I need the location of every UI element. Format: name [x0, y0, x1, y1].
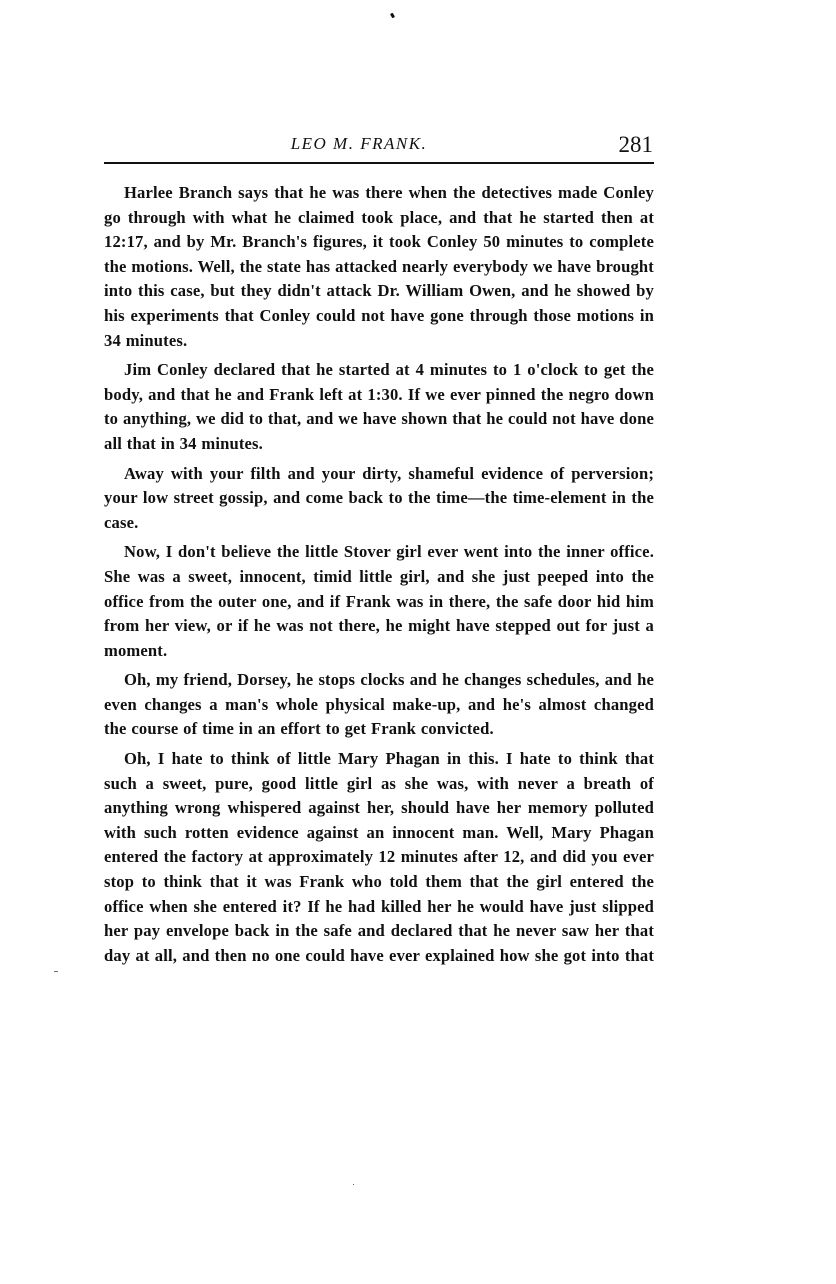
page-number: 281 [619, 132, 654, 158]
scan-speck-mark [390, 13, 395, 19]
running-head: LEO M. FRANK. 281 [104, 128, 654, 164]
book-page: LEO M. FRANK. 281 Harlee Branch says tha… [104, 128, 654, 968]
paragraph: Away with your filth and your dirty, sha… [104, 462, 654, 536]
paragraph: Jim Conley declared that he started at 4… [104, 358, 654, 456]
paragraph: Harlee Branch says that he was there whe… [104, 181, 654, 353]
body-text: Harlee Branch says that he was there whe… [104, 181, 654, 968]
paragraph: Now, I don't believe the little Stover g… [104, 540, 654, 663]
scan-speck-mark [54, 971, 58, 972]
scan-speck-mark [353, 1184, 354, 1185]
paragraph: Oh, my friend, Dorsey, he stops clocks a… [104, 668, 654, 742]
running-head-title: LEO M. FRANK. [104, 134, 654, 154]
paragraph: Oh, I hate to think of little Mary Phaga… [104, 747, 654, 968]
